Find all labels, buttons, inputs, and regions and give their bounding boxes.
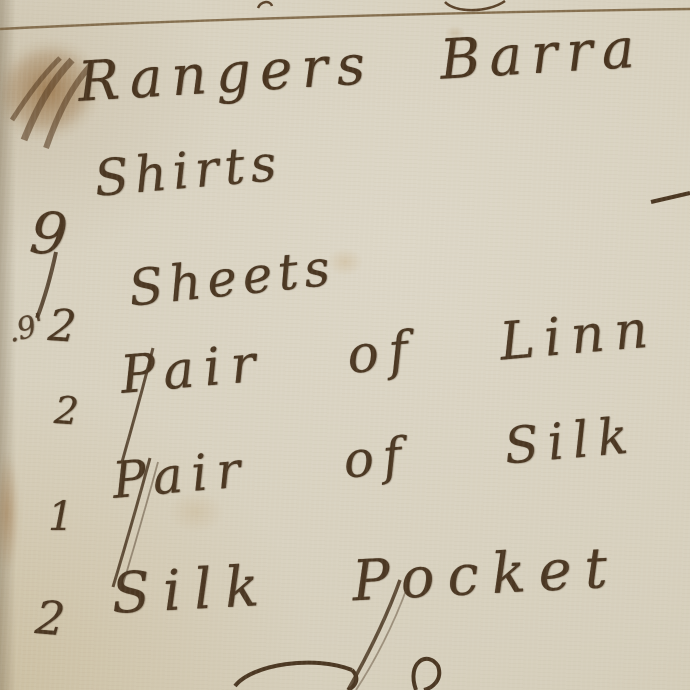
cut-off-line-fragment [235, 659, 439, 690]
paper-stain [0, 452, 20, 572]
item-label: Pair of Linn [118, 299, 660, 406]
item-qty: 2 [33, 590, 67, 646]
item-qty: 9 [27, 198, 71, 269]
item-label: Shirts [92, 134, 284, 208]
cropped-writing-fragment [445, 1, 505, 10]
page-heading: Rangers Barra [76, 15, 645, 113]
item-qty: 2 [46, 300, 77, 353]
dash-mark [651, 193, 690, 202]
item-label: Silk Pocket [110, 535, 622, 627]
margin-mark: .9' [4, 307, 48, 350]
item-label: Pair of Silk [110, 406, 639, 510]
item-qty: 1 [48, 494, 73, 540]
item-qty: 2 [53, 388, 80, 434]
item-label: Sheets [126, 238, 338, 317]
cropped-writing-fragment [258, 2, 272, 8]
manuscript-page: Rangers Barra 9 Shirts .9' 2 Sheets 2 Pa… [0, 0, 690, 690]
